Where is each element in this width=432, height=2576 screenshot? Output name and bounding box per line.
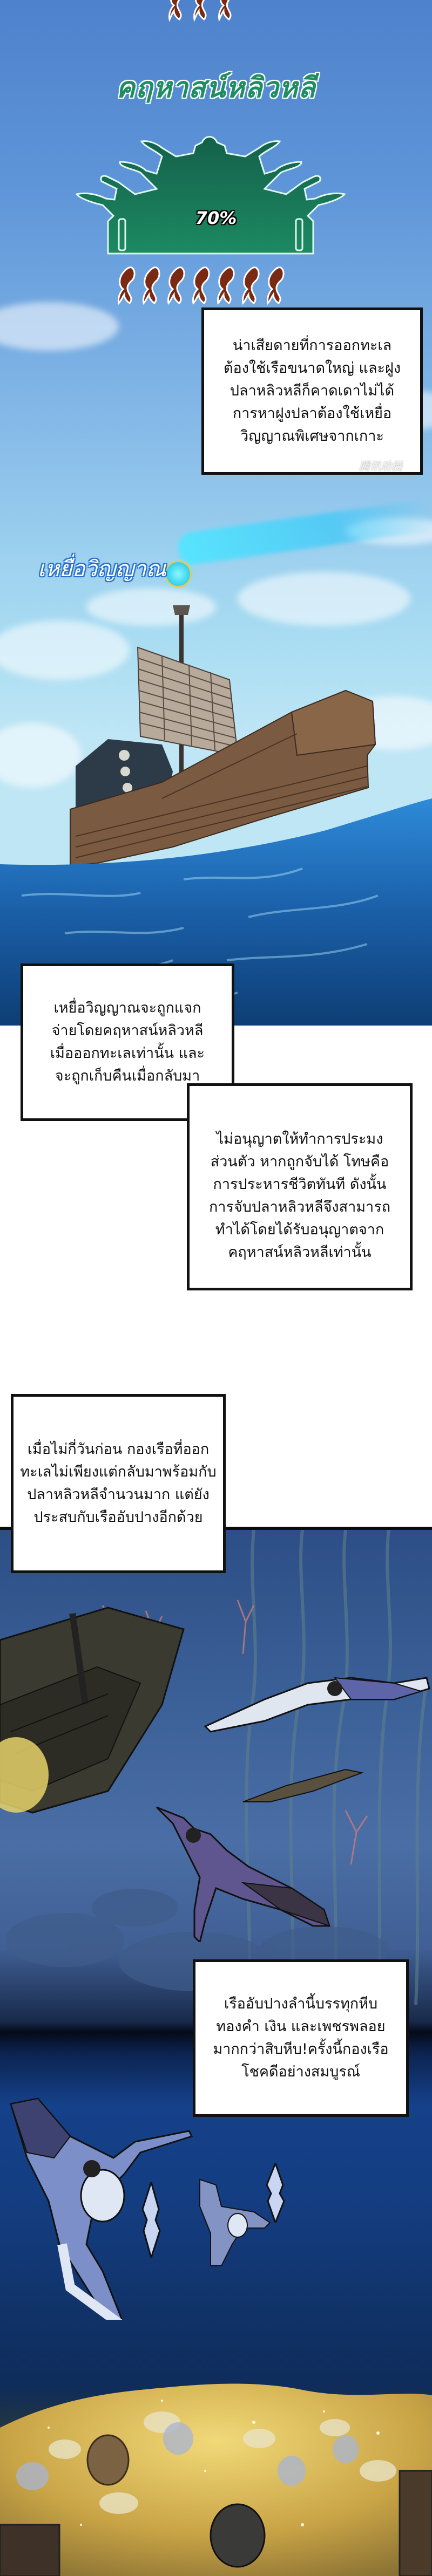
diver-illustration [151, 1802, 335, 1942]
caption-line: ประสบกับเรืออับปางอีกด้วย [33, 1506, 202, 1529]
caption-line: ส่วนตัว หากถูกจับได้ โทษคือ [211, 1151, 389, 1173]
caption-line: คฤหาสน์หลิวหลีเท่านั้น [228, 1241, 371, 1264]
caption-line: เหยื่อวิญญาณจะถูกแจก [53, 997, 201, 1020]
caption-box-3: ไม่อนุญาตให้ทำการประมง ส่วนตัว หากถูกจับ… [187, 1083, 413, 1290]
caption-line: เมื่อออกทะเลเท่านั้น และ [50, 1042, 205, 1065]
caption-line: เมื่อไม่กี่วันก่อน กองเรือที่ออก [28, 1438, 209, 1461]
koi-fish-icon [190, 264, 212, 305]
caption-box-1: น่าเสียดายที่การออกทะเล ต้องใช้เรือขนาดใ… [201, 308, 423, 475]
manor-title: คฤหาสน์หลิวหลี [108, 65, 324, 110]
koi-fish-icon [140, 264, 162, 305]
koi-fish-icon [265, 264, 286, 305]
koi-fish-icon [191, 0, 213, 23]
caption-line: การประหารชีวิตทันที ดังนั้น [213, 1173, 387, 1196]
koi-fish-icon [215, 264, 237, 305]
caption-line: ทำได้โดยได้รับอนุญาตจาก [215, 1219, 384, 1241]
caption-line: การจับปลาหลิวหลีจึงสามารถ [209, 1196, 390, 1219]
caption-line: จ่ายโดยคฤหาสน์หลิวหลี [52, 1020, 204, 1042]
cloud [0, 302, 119, 351]
diver-illustration [238, 1764, 367, 1807]
spirit-lure-label: เหยื่อวิญญาณ [38, 551, 166, 586]
koi-fish-row [116, 264, 286, 305]
diver-follower-illustration [189, 2174, 275, 2271]
treasure-pile-illustration [0, 2363, 432, 2576]
koi-fish-icon [116, 264, 137, 305]
caption-box-5: เรืออับปางลำนี้บรรทุกหีบ ทองคำ เงิน และเ… [193, 1959, 409, 2117]
koi-fish-icon [216, 0, 238, 23]
spirit-lure-orb-icon [166, 562, 190, 586]
caption-line: ไม่อนุญาตให้ทำการประมง [217, 1128, 383, 1151]
diver-illustration [200, 1662, 432, 1737]
speed-mark-icon [265, 2163, 286, 2223]
caption-line: ปลาหลิวหลีจำนวนมาก แต่ยัง [27, 1484, 210, 1506]
watermark: 腾讯动漫 [359, 457, 402, 473]
caption-line: เรืออับปางลำนี้บรรทุกหีบ [224, 1993, 377, 2015]
caption-box-4: เมื่อไม่กี่วันก่อน กองเรือที่ออก ทะเลไม่… [11, 1394, 226, 1573]
diver-leader-illustration [5, 2093, 200, 2320]
shipwreck-illustration [0, 1597, 194, 1823]
caption-line: วิญญาณพิเศษจากเกาะ [240, 425, 384, 448]
koi-fish-icon [240, 264, 261, 305]
caption-line: มากกว่าสิบหีบ!ครั้งนี้กองเรือ [213, 2038, 388, 2061]
caption-line: ทองคำ เงิน และเพชรพลอย [216, 2015, 385, 2038]
progress-percent: 70% [184, 208, 248, 228]
caption-line: จะถูกเก็บคืนเมื่อกลับมา [55, 1065, 200, 1088]
caption-line: ปลาหลิวหลีก็คาดเดาไม่ได้ [230, 380, 394, 402]
pavilion-progress-icon [76, 113, 346, 259]
caption-line: ต้องใช้เรือขนาดใหญ่ และฝูง [224, 357, 401, 380]
caption-line: โชคดีอย่างสมบูรณ์ [241, 2061, 360, 2083]
caption-line: การหาฝูงปลาต้องใช้เหยื่อ [233, 402, 391, 425]
caption-line: ทะเลไม่เพียงแต่กลับมาพร้อมกับ [20, 1461, 216, 1484]
speed-mark-icon [140, 2182, 162, 2258]
koi-fish-icon [165, 264, 187, 305]
caption-line: น่าเสียดายที่การออกทะเล [233, 334, 391, 357]
koi-fish-icon [166, 0, 188, 23]
top-fish-row [166, 0, 238, 23]
